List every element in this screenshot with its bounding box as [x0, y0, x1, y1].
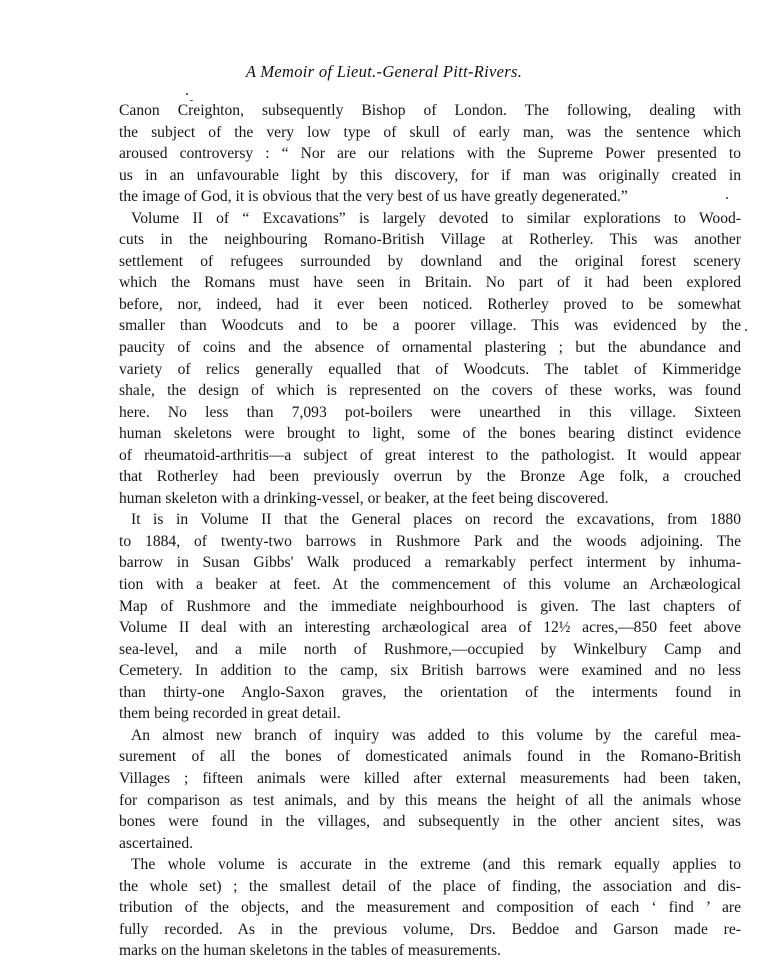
paragraph: Canon Creighton, subsequently Bishop of …: [119, 100, 741, 208]
text-line: the image of God, it is obvious that the…: [119, 186, 741, 208]
scan-speck: [186, 93, 188, 95]
text-line: human skeletons were brought to light, s…: [119, 423, 741, 445]
text-line: ascertained.: [119, 833, 741, 855]
text-line: that Rotherley had been previously overr…: [119, 466, 741, 488]
paragraph: An almost new branch of inquiry was adde…: [119, 725, 741, 854]
text-line: tion with a beaker at feet. At the comme…: [119, 574, 741, 596]
text-line: of rheumatoid-arthritis—a subject of gre…: [119, 445, 741, 467]
text-line: here. No less than 7,093 pot-boilers wer…: [119, 402, 741, 424]
body-text: Canon Creighton, subsequently Bishop of …: [119, 100, 741, 962]
text-line: An almost new branch of inquiry was adde…: [119, 725, 741, 747]
text-line: shale, the design of which is represente…: [119, 380, 741, 402]
text-line: the whole set) ; the smallest detail of …: [119, 876, 741, 898]
text-line: aroused controversy : “ Nor are our rela…: [119, 143, 741, 165]
text-line: variety of relics generally equalled tha…: [119, 359, 741, 381]
text-line: smaller than Woodcuts and to be a poorer…: [119, 315, 741, 337]
text-line: The whole volume is accurate in the extr…: [119, 854, 741, 876]
text-line: them being recorded in great detail.: [119, 703, 741, 725]
running-head: A Memoir of Lieut.-General Pitt-Rivers.: [0, 62, 768, 82]
text-line: surement of all the bones of domesticate…: [119, 746, 741, 768]
text-line: to 1884, of twenty-two barrows in Rushmo…: [119, 531, 741, 553]
text-line: Volume II deal with an interesting archæ…: [119, 617, 741, 639]
text-line: Villages ; fifteen animals were killed a…: [119, 768, 741, 790]
text-line: Canon Creighton, subsequently Bishop of …: [119, 100, 741, 122]
text-line: paucity of coins and the absence of orna…: [119, 337, 741, 359]
text-line: which the Romans must have seen in Brita…: [119, 272, 741, 294]
text-line: fully recorded. As in the previous volum…: [119, 919, 741, 941]
text-line: us in an unfavourable light by this disc…: [119, 165, 741, 187]
text-line: than thirty-one Anglo-Saxon graves, the …: [119, 682, 741, 704]
text-line: for comparison as test animals, and by t…: [119, 790, 741, 812]
text-line: the subject of the very low type of skul…: [119, 122, 741, 144]
text-line: Cemetery. In addition to the camp, six B…: [119, 660, 741, 682]
text-line: It is in Volume II that the General plac…: [119, 509, 741, 531]
text-line: marks on the human skeletons in the tabl…: [119, 940, 741, 962]
text-line: human skeleton with a drinking-vessel, o…: [119, 488, 741, 510]
scan-speck: [726, 197, 728, 199]
text-line: sea-level, and a mile north of Rushmore,…: [119, 639, 741, 661]
text-line: tribution of the objects, and the measur…: [119, 897, 741, 919]
paragraph: Volume II of “ Excavations” is largely d…: [119, 208, 741, 510]
text-line: cuts in the neighbouring Romano-British …: [119, 229, 741, 251]
text-line: settlement of refugees surrounded by dow…: [119, 251, 741, 273]
text-line: barrow in Susan Gibbs' Walk produced a r…: [119, 552, 741, 574]
paragraph: The whole volume is accurate in the extr…: [119, 854, 741, 962]
scanned-page: A Memoir of Lieut.-General Pitt-Rivers. …: [0, 0, 768, 979]
text-line: Volume II of “ Excavations” is largely d…: [119, 208, 741, 230]
scan-speck: [190, 100, 193, 101]
scan-speck: [745, 329, 747, 331]
text-line: bones were found in the villages, and su…: [119, 811, 741, 833]
paragraph: It is in Volume II that the General plac…: [119, 509, 741, 724]
text-line: before, nor, indeed, had it ever been no…: [119, 294, 741, 316]
text-line: Map of Rushmore and the immediate neighb…: [119, 596, 741, 618]
